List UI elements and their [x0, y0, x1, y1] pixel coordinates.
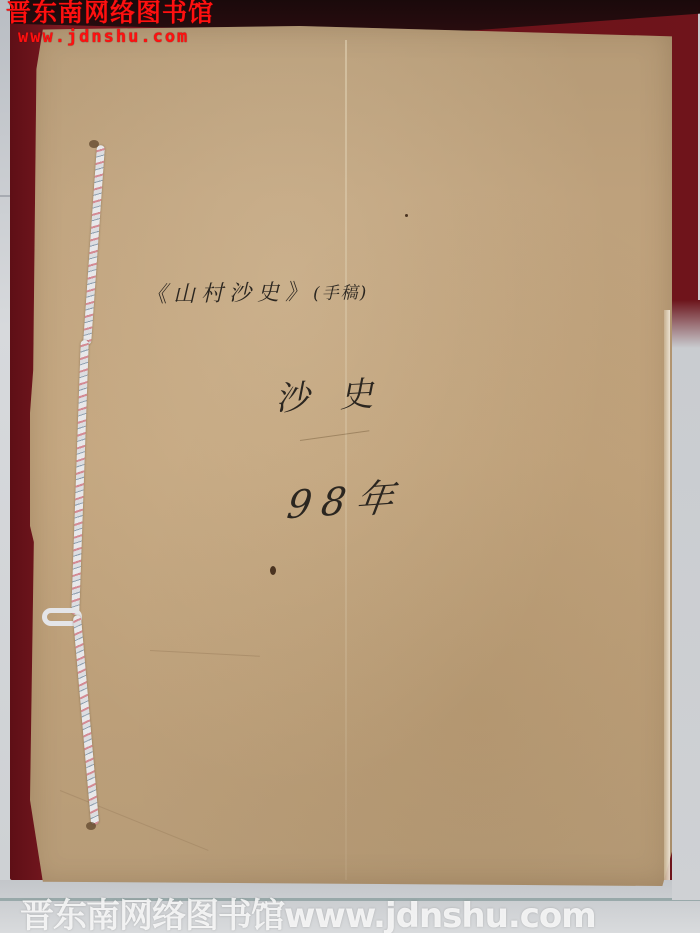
page-edges: [664, 310, 670, 880]
handwritten-year: 98年: [284, 466, 408, 530]
title-text: 《山村沙史》: [145, 280, 313, 308]
handwritten-subject: 沙史: [274, 365, 404, 421]
title-note: (手稿): [313, 283, 369, 304]
photo-scene: 《山村沙史》(手稿) 沙史 98年 晋东南网络图书馆 www.jdnshu.co…: [0, 0, 700, 933]
watermark-top: 晋东南网络图书馆 www.jdnshu.com: [6, 0, 214, 46]
manuscript-cover: [30, 26, 672, 886]
center-fold-line: [345, 40, 347, 880]
stain-spot: [405, 214, 408, 217]
binder-right-edge: [672, 300, 700, 900]
watermark-bottom: 晋东南网络图书馆www.jdnshu.com: [20, 888, 596, 933]
watermark-library-name: 晋东南网络图书馆: [6, 0, 214, 25]
binding-hole: [86, 822, 96, 830]
stain-spot: [270, 566, 276, 575]
handwritten-title: 《山村沙史》(手稿): [145, 274, 369, 309]
watermark-url: www.jdnshu.com: [6, 29, 214, 46]
